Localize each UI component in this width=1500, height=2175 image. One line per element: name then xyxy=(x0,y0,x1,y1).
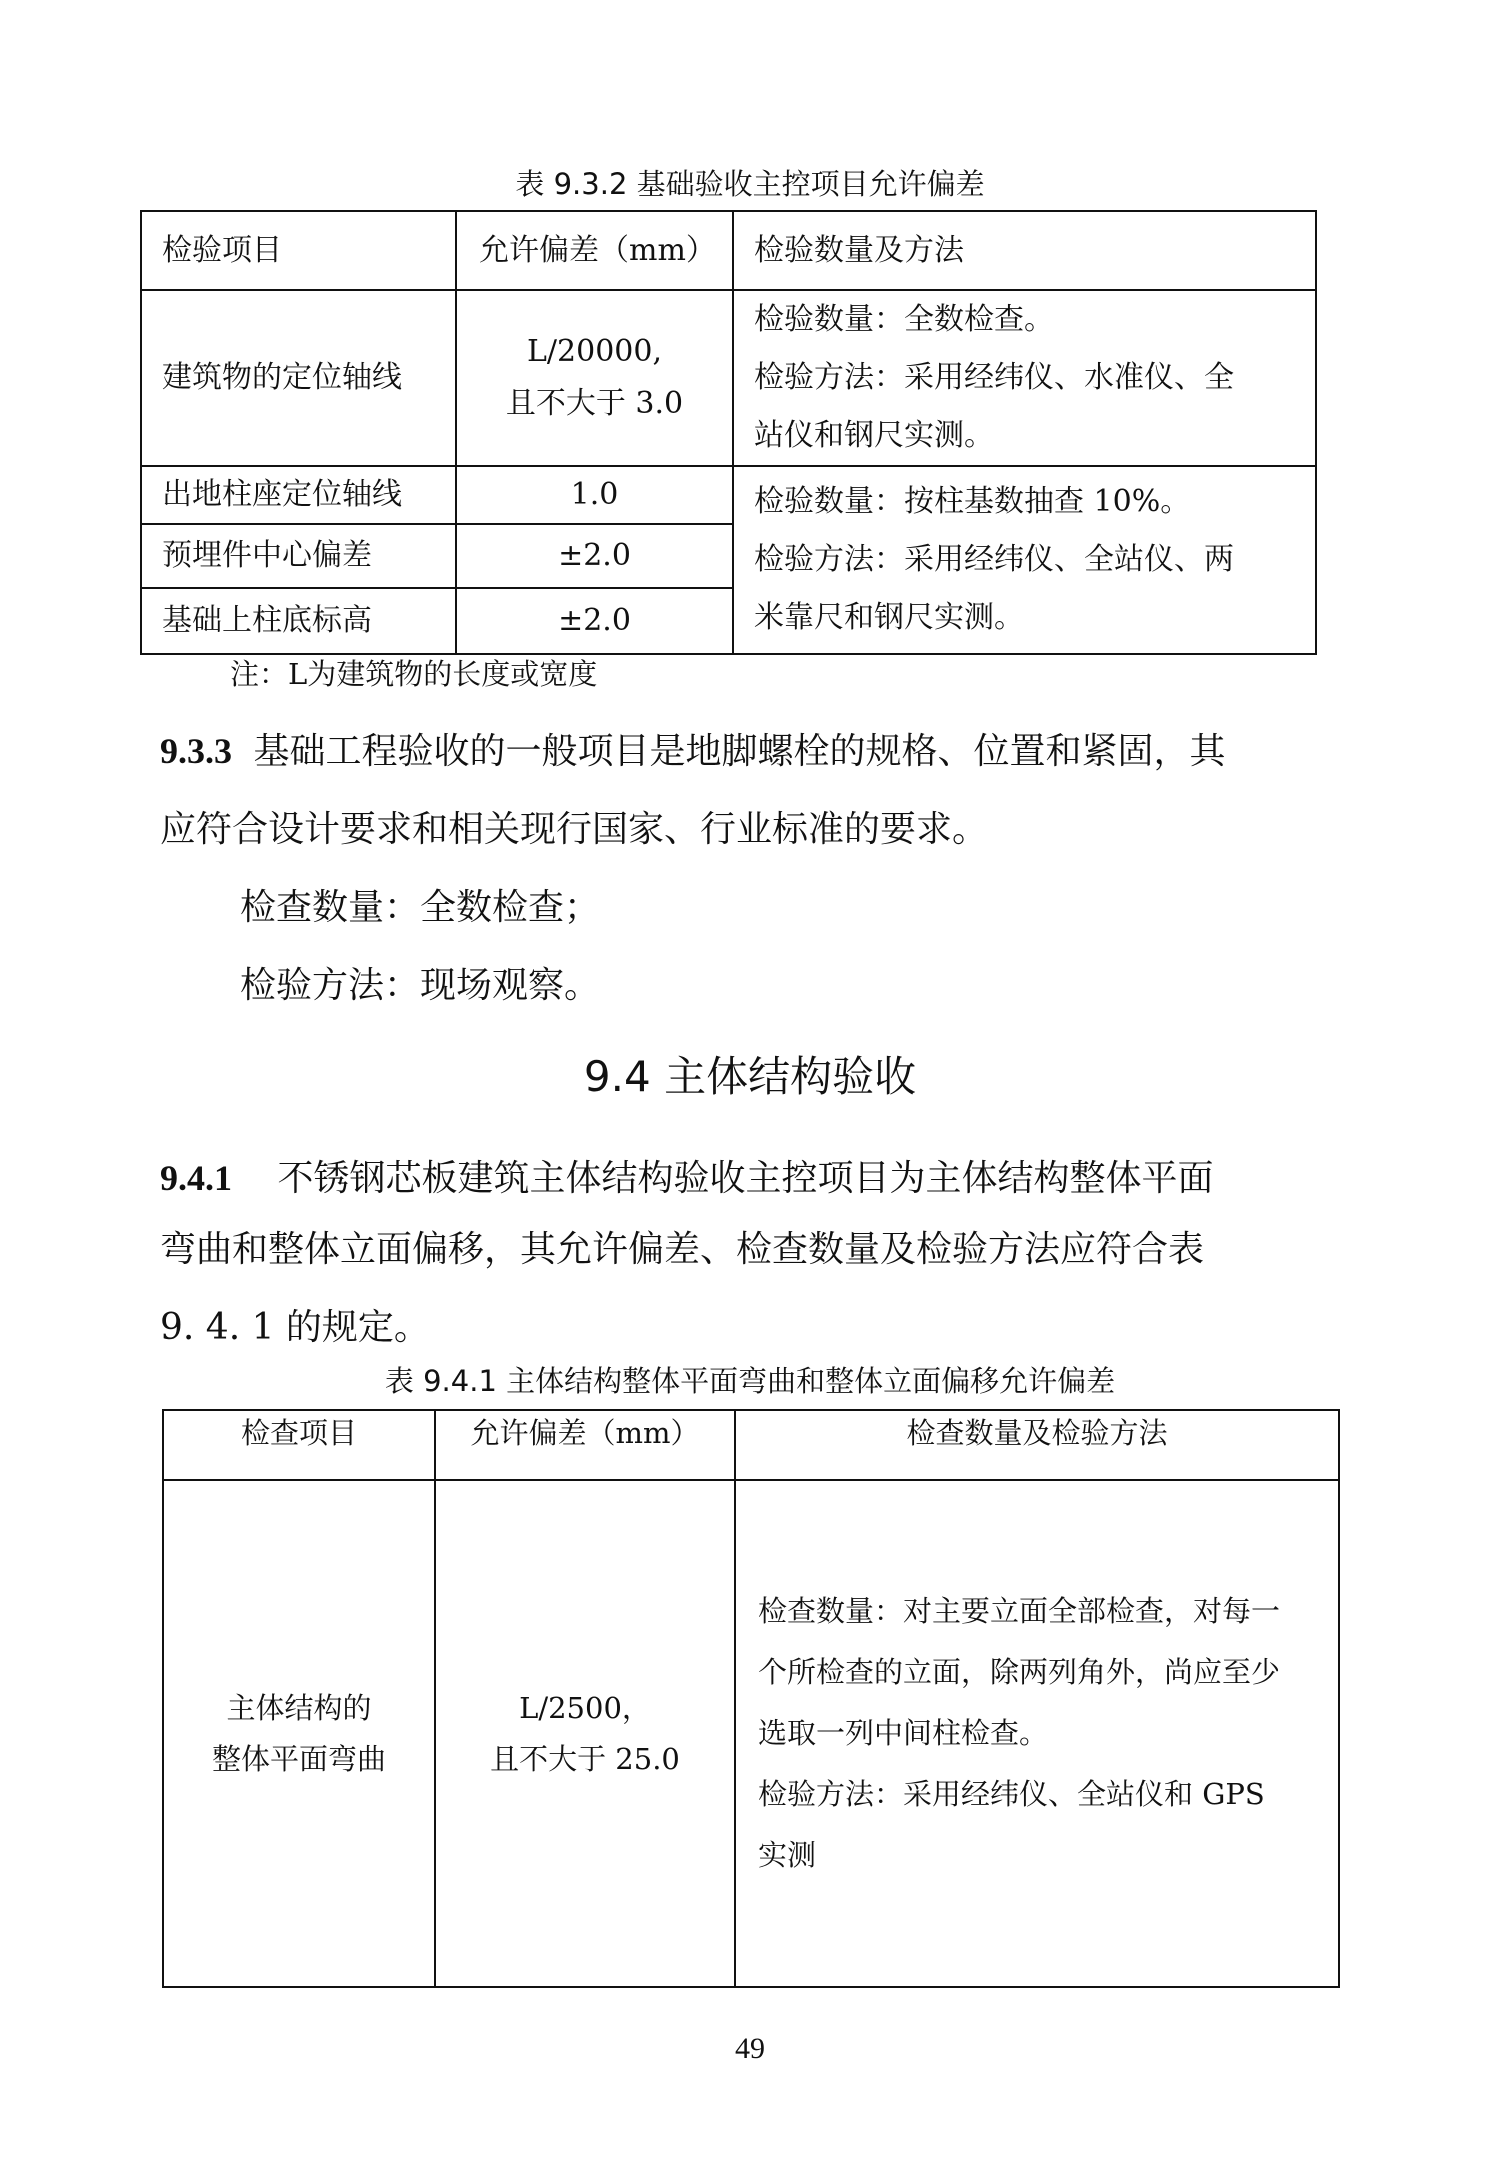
item-cell: 基础上柱底标高 xyxy=(141,588,456,654)
clause-number: 9.3.3 xyxy=(160,731,232,771)
item-line: 主体结构的 xyxy=(164,1683,434,1734)
clause-933-line-2: 应符合设计要求和相关现行国家、行业标准的要求。 xyxy=(160,812,988,848)
item-line: 整体平面弯曲 xyxy=(164,1734,434,1785)
table-note: 注：L为建筑物的长度或宽度 xyxy=(230,660,597,689)
header-cell: 允许偏差（mm） xyxy=(456,211,733,290)
method-line: 米靠尺和钢尺实测。 xyxy=(754,589,1315,647)
clause-941-line-2: 弯曲和整体立面偏移，其允许偏差、检查数量及检验方法应符合表 xyxy=(160,1232,1204,1268)
clause-941-line-3: 9. 4. 1 的规定。 xyxy=(160,1310,430,1346)
tolerance-cell: L/20000, 且不大于 3.0 xyxy=(456,290,733,466)
table-row: 建筑物的定位轴线 L/20000, 且不大于 3.0 检验数量：全数检查。 检验… xyxy=(141,290,1316,466)
item-cell: 建筑物的定位轴线 xyxy=(141,290,456,466)
item-cell: 主体结构的 整体平面弯曲 xyxy=(163,1480,435,1987)
method-line: 检验数量：全数检查。 xyxy=(754,291,1315,349)
header-cell: 检查数量及检验方法 xyxy=(735,1410,1339,1480)
tolerance-line: 且不大于 25.0 xyxy=(436,1734,734,1785)
table-932-caption: 表 9.3.2 基础验收主控项目允许偏差 xyxy=(515,170,984,199)
method-line: 选取一列中间柱检查。 xyxy=(758,1703,1328,1764)
method-cell-merged: 检验数量：按柱基数抽查 10%。 检验方法：采用经纬仪、全站仪、两 米靠尺和钢尺… xyxy=(733,466,1316,654)
method-line: 检验方法：采用经纬仪、全站仪、两 xyxy=(754,531,1315,589)
method-line: 检验方法：采用经纬仪、水准仪、全 xyxy=(754,349,1315,407)
clause-text: 基础工程验收的一般项目是地脚螺栓的规格、位置和紧固，其 xyxy=(253,731,1225,772)
tolerance-cell: ±2.0 xyxy=(456,524,733,588)
item-cell: 出地柱座定位轴线 xyxy=(141,466,456,524)
clause-933-line-1: 9.3.3 基础工程验收的一般项目是地脚螺栓的规格、位置和紧固，其 xyxy=(160,733,1225,770)
header-cell: 允许偏差（mm） xyxy=(435,1410,735,1480)
header-cell: 检验项目 xyxy=(141,211,456,290)
method-line: 实测 xyxy=(758,1825,1328,1886)
section-heading: 9.4 主体结构验收 xyxy=(584,1056,916,1098)
clause-number: 9.4.1 xyxy=(160,1158,232,1198)
method-cell: 检验数量：全数检查。 检验方法：采用经纬仪、水准仪、全 站仪和钢尺实测。 xyxy=(733,290,1316,466)
method-line: 检查数量：对主要立面全部检查，对每一 xyxy=(758,1581,1328,1642)
table-header-row: 检验项目 允许偏差（mm） 检验数量及方法 xyxy=(141,211,1316,290)
header-cell: 检查项目 xyxy=(163,1410,435,1480)
check-quantity-line: 检查数量：全数检查； xyxy=(240,890,600,926)
table-row: 出地柱座定位轴线 1.0 检验数量：按柱基数抽查 10%。 检验方法：采用经纬仪… xyxy=(141,466,1316,524)
table-932: 检验项目 允许偏差（mm） 检验数量及方法 建筑物的定位轴线 L/20000, … xyxy=(140,210,1317,655)
tolerance-cell: L/2500， 且不大于 25.0 xyxy=(435,1480,735,1987)
tolerance-line: L/20000, xyxy=(457,326,732,378)
page-number: 49 xyxy=(735,2032,765,2066)
header-cell: 检验数量及方法 xyxy=(733,211,1316,290)
item-cell: 预埋件中心偏差 xyxy=(141,524,456,588)
tolerance-line: 且不大于 3.0 xyxy=(457,378,732,430)
method-line: 站仪和钢尺实测。 xyxy=(754,407,1315,465)
method-line: 检验数量：按柱基数抽查 10%。 xyxy=(754,473,1315,531)
clause-941-line-1: 9.4.1 不锈钢芯板建筑主体结构验收主控项目为主体结构整体平面 xyxy=(160,1160,1213,1197)
table-header-row: 检查项目 允许偏差（mm） 检查数量及检验方法 xyxy=(163,1410,1339,1480)
table-941-caption: 表 9.4.1 主体结构整体平面弯曲和整体立面偏移允许偏差 xyxy=(385,1367,1115,1396)
table-row: 主体结构的 整体平面弯曲 L/2500， 且不大于 25.0 检查数量：对主要立… xyxy=(163,1480,1339,1987)
method-line: 检验方法：采用经纬仪、全站仪和 GPS xyxy=(758,1764,1328,1825)
method-cell: 检查数量：对主要立面全部检查，对每一 个所检查的立面，除两列角外，尚应至少 选取… xyxy=(735,1480,1339,1987)
check-method-line: 检验方法：现场观察。 xyxy=(240,968,600,1004)
tolerance-line: L/2500， xyxy=(436,1683,734,1734)
tolerance-cell: 1.0 xyxy=(456,466,733,524)
tolerance-cell: ±2.0 xyxy=(456,588,733,654)
clause-text: 不锈钢芯板建筑主体结构验收主控项目为主体结构整体平面 xyxy=(277,1158,1213,1199)
method-line: 个所检查的立面，除两列角外，尚应至少 xyxy=(758,1642,1328,1703)
table-941: 检查项目 允许偏差（mm） 检查数量及检验方法 主体结构的 整体平面弯曲 L/2… xyxy=(162,1409,1340,1988)
